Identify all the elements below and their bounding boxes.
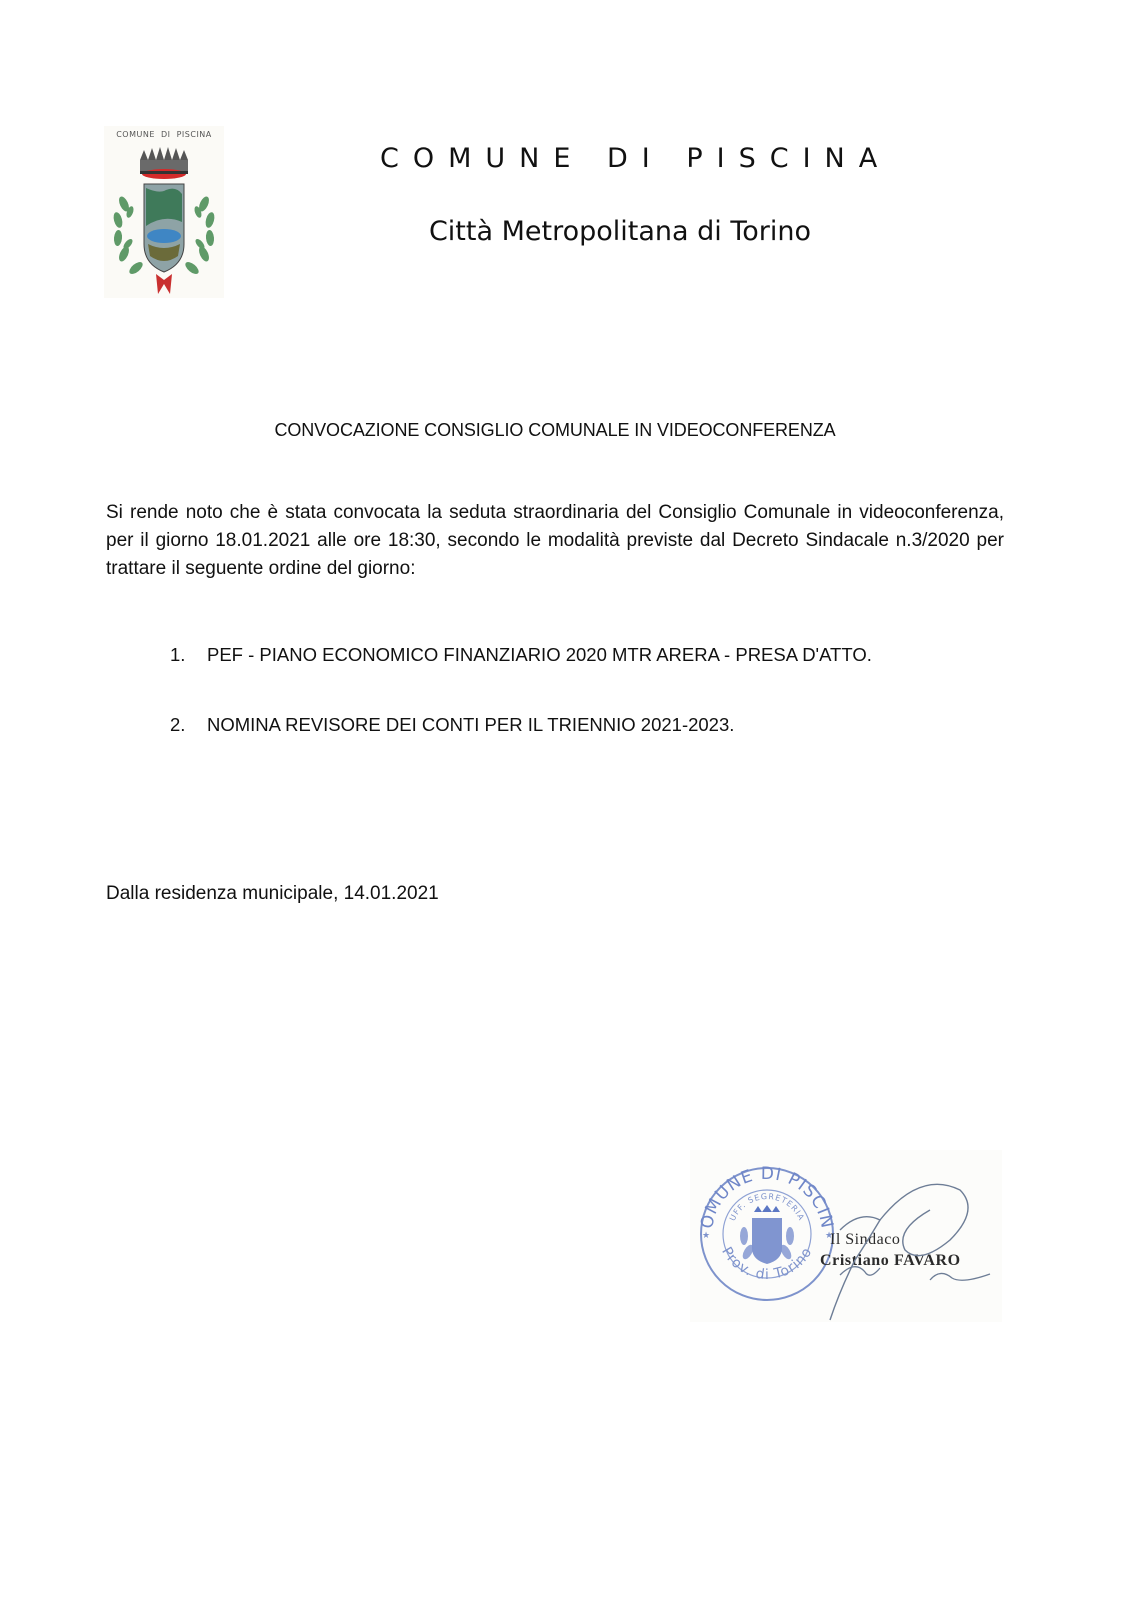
agenda-item-number: 2. <box>170 714 207 784</box>
agenda-item: 1. PEF - PIANO ECONOMICO FINANZIARIO 202… <box>170 644 990 714</box>
agenda-item-text: NOMINA REVISORE DEI CONTI PER IL TRIENNI… <box>207 714 734 784</box>
svg-text:★: ★ <box>702 1230 710 1240</box>
agenda-item-number: 1. <box>170 644 207 714</box>
document-heading: CONVOCAZIONE CONSIGLIO COMUNALE IN VIDEO… <box>100 420 1010 441</box>
coat-of-arms: COMUNE DI PISCINA <box>104 126 224 298</box>
org-title: COMUNE DI PISCINA <box>380 143 860 174</box>
agenda-list: 1. PEF - PIANO ECONOMICO FINANZIARIO 202… <box>170 644 990 784</box>
org-subtitle: Città Metropolitana di Torino <box>380 216 860 247</box>
signature-block: COMUNE DI PISCINA UFF. SEGRETERIA Prov. … <box>690 1150 1002 1322</box>
signatory-name: Cristiano FAVARO <box>820 1252 961 1270</box>
agenda-item: 2. NOMINA REVISORE DEI CONTI PER IL TRIE… <box>170 714 990 784</box>
signatory-role: Il Sindaco <box>830 1231 900 1249</box>
agenda-item-text: PEF - PIANO ECONOMICO FINANZIARIO 2020 M… <box>207 644 872 714</box>
document-body: Si rende noto che è stata convocata la s… <box>106 499 1004 583</box>
official-stamp-icon: COMUNE DI PISCINA UFF. SEGRETERIA Prov. … <box>692 1156 842 1306</box>
coat-of-arms-icon <box>104 144 224 296</box>
coat-of-arms-caption: COMUNE DI PISCINA <box>104 130 224 139</box>
document-page: COMUNE DI PISCINA <box>0 0 1132 1600</box>
closing-place-date: Dalla residenza municipale, 14.01.2021 <box>106 883 439 905</box>
